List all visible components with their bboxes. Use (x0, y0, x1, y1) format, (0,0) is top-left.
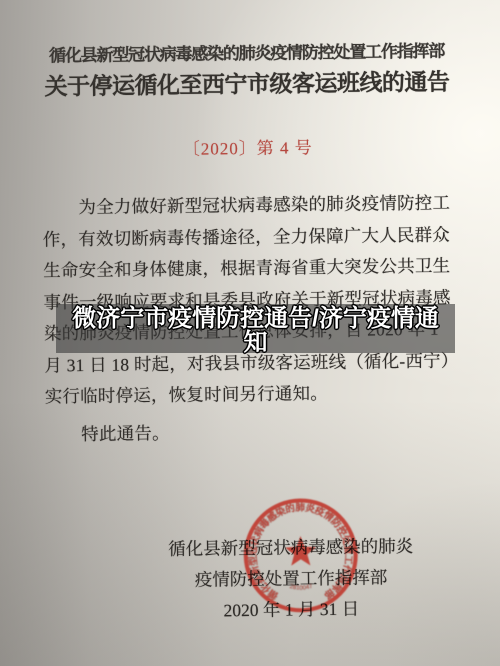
caption-line-1: 微济宁市疫情防控通告/济宁疫情通 (56, 307, 455, 331)
issuer-name: 循化县新型冠状病毒感染的肺炎疫情防控处置工作指挥部 (0, 36, 497, 67)
svg-text:2810047: 2810047 (289, 583, 314, 592)
photographed-notice: 循化县新型冠状病毒感染的肺炎疫情防控处置工作指挥部 关于停运循化至西宁市级客运班… (0, 0, 500, 666)
body-line: 实行临时停运，恢复时间另行通知。 (45, 376, 461, 413)
notice-title: 关于停运循化至西宁市级客运班线的通告 (0, 63, 497, 102)
video-caption-overlay: 微济宁市疫情防控通告/济宁疫情通 知 (56, 304, 455, 353)
seal-code: 2810047 (289, 583, 314, 592)
document-number: 〔2020〕第 4 号 (0, 131, 498, 162)
body-line: 为全力做好新型冠状病毒感染的肺炎疫情防控工 (42, 187, 458, 224)
body-closing-line: 特此通告。 (45, 414, 461, 451)
star-icon (285, 536, 316, 566)
caption-line-2: 知 (56, 331, 455, 355)
body-line: 作，有效切断病毒传播途径，全力保障广大人民群众 (43, 219, 459, 256)
official-seal-stamp: 循化县新型冠状病毒感染的肺炎疫情防控处置工作指挥部 2810047 (239, 494, 362, 617)
body-line: 生命安全和身体健康，根据青海省重大突发公共卫生 (43, 250, 459, 287)
